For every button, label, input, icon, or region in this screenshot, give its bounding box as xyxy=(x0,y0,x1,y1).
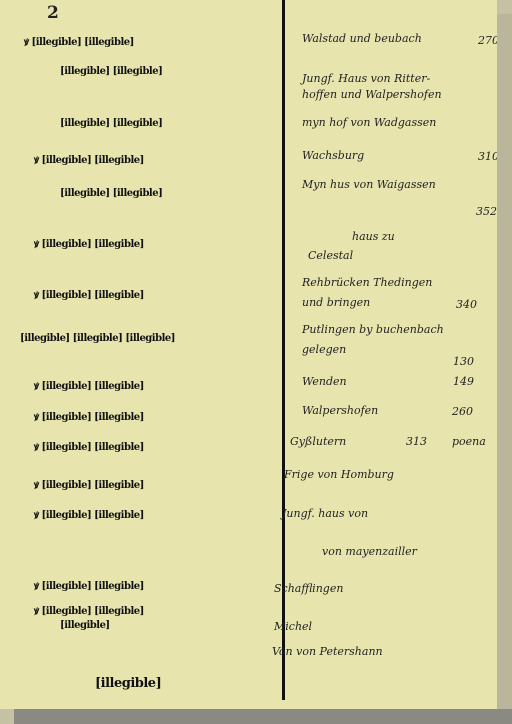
transcription-line: von mayenzailler xyxy=(322,545,417,558)
transcription-line: hoffen und Walpershofen xyxy=(302,88,442,101)
ms-entry: ꝟ [illegible] [illegible] xyxy=(34,603,144,617)
transcription-line: gelegen xyxy=(302,343,346,356)
transcription-line: Putlingen by buchenbach xyxy=(302,323,444,336)
page-shadow-right xyxy=(497,14,512,724)
transcription-number: 260 xyxy=(452,405,473,418)
ms-entry: [illegible] [illegible] [illegible] xyxy=(20,333,175,344)
transcription-number: 352 xyxy=(476,205,497,218)
transcription-line: Wachsburg xyxy=(302,149,364,162)
transcription-number: 340 xyxy=(456,298,477,311)
ms-entry: [illegible] [illegible] xyxy=(60,66,162,77)
ms-entry: ꝟ [illegible] [illegible] xyxy=(34,287,144,301)
transcription-line: myn hof von Wadgassen xyxy=(302,116,436,129)
ms-entry: ꝟ [illegible] [illegible] xyxy=(34,507,144,521)
transcription-number: 310 xyxy=(478,150,499,163)
transcription-line: Jungf. Haus von Ritter- xyxy=(302,72,430,85)
transcription-line: Jungf. haus von xyxy=(282,507,368,520)
manuscript-page: 2 ꝟ [illegible] [illegible] [illegible] … xyxy=(0,0,497,709)
column-divider xyxy=(282,0,285,700)
transcription-number: 130 xyxy=(453,355,474,368)
page-number: 2 xyxy=(47,3,59,23)
transcription-line: Frige von Homburg xyxy=(284,468,394,481)
transcription-line: Schafflingen xyxy=(274,582,343,595)
ms-entry: ꝟ [illegible] [illegible] xyxy=(34,439,144,453)
page-shadow-bottom xyxy=(14,709,512,724)
ms-entry: ꝟ [illegible] [illegible] xyxy=(24,34,134,48)
transcription-annotation: poena xyxy=(452,435,486,448)
transcription-line: Rehbrücken Thedingen xyxy=(302,276,432,289)
ms-entry: ꝟ [illegible] [illegible] xyxy=(34,236,144,250)
transcription-line: Von von Petershann xyxy=(272,645,383,658)
transcription-line: haus zu xyxy=(352,230,395,243)
transcription-number: 270 xyxy=(478,34,499,47)
ms-entry: ꝟ [illegible] [illegible] xyxy=(34,578,144,592)
transcription-number: 149 xyxy=(453,375,474,388)
transcription-number: 313 xyxy=(406,435,427,448)
transcription-line: Wenden xyxy=(302,375,347,388)
ms-footer: [illegible] xyxy=(95,676,161,691)
ms-entry: [illegible] [illegible] xyxy=(60,188,162,199)
ms-entry: ꝟ [illegible] [illegible] xyxy=(34,378,144,392)
ms-entry: [illegible] [illegible] xyxy=(60,118,162,129)
transcription-line: Myn hus von Waigassen xyxy=(302,178,436,191)
transcription-line: Walstad und beubach xyxy=(302,32,422,45)
ms-entry: [illegible] xyxy=(60,620,110,631)
transcription-line: Celestal xyxy=(308,249,353,262)
transcription-line: Gyßlutern xyxy=(290,435,346,448)
transcription-line: und bringen xyxy=(302,296,370,309)
transcription-line: Michel xyxy=(274,620,312,633)
ms-entry: ꝟ [illegible] [illegible] xyxy=(34,409,144,423)
ms-entry: ꝟ [illegible] [illegible] xyxy=(34,152,144,166)
transcription-line: Walpershofen xyxy=(302,404,378,417)
ms-entry: ꝟ [illegible] [illegible] xyxy=(34,477,144,491)
